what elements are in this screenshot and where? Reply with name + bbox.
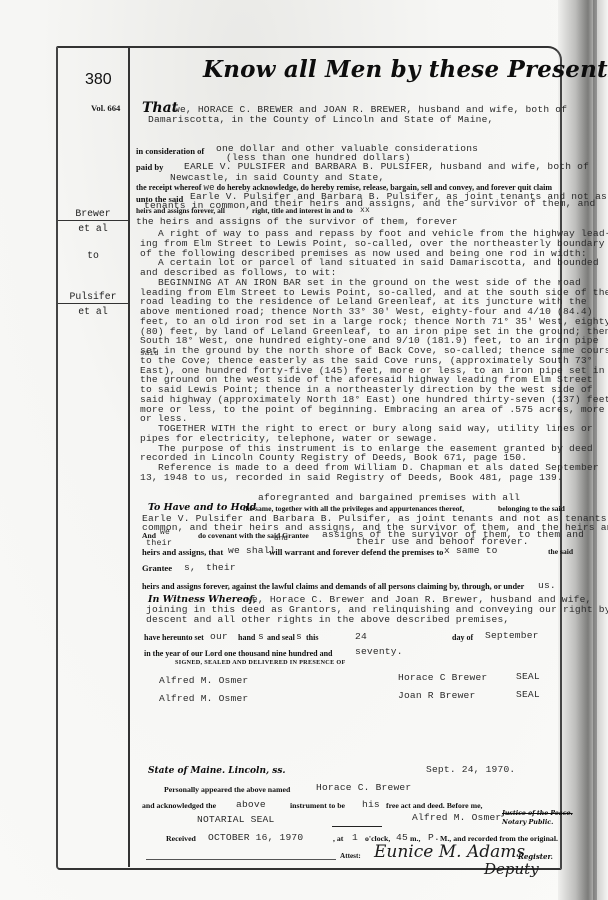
volume-label: Vol. 664 xyxy=(91,103,120,113)
attest-signature: Eunice M. Adams xyxy=(374,842,525,862)
grantees-s: s, xyxy=(184,562,196,573)
our-typed: our xyxy=(210,631,228,642)
recording-rule xyxy=(146,859,336,860)
year-printed: in the year of our Lord one thousand nin… xyxy=(144,649,333,658)
heirs-assigns-printed: heirs and assigns, that xyxy=(142,547,223,557)
right-title-strike: xx xyxy=(360,206,370,215)
covenant-printed: do covenant with the said Grantee xyxy=(198,531,309,540)
separator-rule xyxy=(332,826,382,827)
received-printed: Received xyxy=(166,834,196,843)
and-typed: and xyxy=(274,535,288,543)
day-of-printed: day of xyxy=(452,633,473,642)
his-typed: his xyxy=(362,799,380,810)
habendum-belonging: belonging to the said xyxy=(498,504,565,513)
seal-label: SEAL xyxy=(516,689,540,700)
hands-printed: hand xyxy=(238,633,255,642)
same-to: x same to xyxy=(444,545,498,556)
margin-grantee: Pulsifer xyxy=(58,291,128,302)
heirs-line: the heirs and assigns of the survivor of… xyxy=(136,216,458,227)
margin-rule xyxy=(58,303,128,304)
received-date: OCTOBER 16, 1970 xyxy=(208,832,303,843)
signed-printed: Signed, Sealed and Delivered in presence… xyxy=(175,659,346,666)
their2: their xyxy=(206,562,236,573)
we-typed: we xyxy=(160,528,170,537)
signer-name: Joan R Brewer xyxy=(398,690,475,701)
free-act-printed: free act and deed. Before me, xyxy=(386,801,483,810)
habendum-typed-above: aforegranted and bargained premises with… xyxy=(258,492,520,503)
signer-name: Horace C Brewer xyxy=(398,672,487,683)
warrant-printed: will warrant and forever defend the prem… xyxy=(269,547,443,557)
attest-printed: Attest: xyxy=(340,852,361,860)
year-typed: seventy. xyxy=(355,646,403,657)
behoof-line: their use and behoof forever. xyxy=(356,536,529,547)
margin-to: to xyxy=(58,250,128,261)
margin-column-divider xyxy=(128,47,130,867)
seal-printed: and seal xyxy=(267,633,295,642)
witness-name: Alfred M. Osmer xyxy=(159,675,248,686)
day-value: 24 xyxy=(355,631,367,642)
at-printed: , at xyxy=(333,834,343,843)
hands-s: s xyxy=(258,631,264,642)
margin-grantee-etal: et al xyxy=(58,306,128,317)
page-number: 380 xyxy=(85,71,112,89)
description-line: more or less, to the point of beginning.… xyxy=(140,404,605,415)
hereunto-printed: have hereunto set xyxy=(144,633,204,642)
hour-value: 1 xyxy=(352,832,358,843)
month-value: September xyxy=(485,630,539,641)
notary-name: Alfred M. Osmer xyxy=(412,812,501,823)
this-printed: this xyxy=(306,633,318,642)
margin-grantor-etal: et al xyxy=(58,223,128,234)
grantees-label: Grantee xyxy=(142,563,172,573)
margin-rule xyxy=(58,220,128,221)
consideration-label: in consideration of xyxy=(136,146,204,156)
the-said: the said xyxy=(548,547,573,556)
grantors-line: Damariscotta, in the County of Lincoln a… xyxy=(148,114,494,125)
us-typed: us. xyxy=(538,580,556,591)
state-label: State of Maine. Lincoln, ss. xyxy=(148,766,286,776)
page-title: Know all Men by these Presents, xyxy=(203,56,608,83)
ack-date: Sept. 24, 1970. xyxy=(426,764,515,775)
description-line: 13, 1948 to us, recorded in said Registr… xyxy=(140,472,563,483)
witness-line: descent and all other rights in the abov… xyxy=(146,614,509,625)
claims-printed: heirs and assigns forever, against the l… xyxy=(142,582,524,591)
insert-said: said xyxy=(140,350,159,358)
habendum-printed: the same, together with all the privileg… xyxy=(243,504,464,513)
instrument-printed: instrument to be xyxy=(290,801,345,810)
heirs-printed: heirs and assigns forever, all xyxy=(136,206,225,215)
paid-by-line: Newcastle, in said County and State, xyxy=(170,172,384,183)
habendum-label: To Have and to Hold xyxy=(148,502,256,513)
notarial-seal: NOTARIAL SEAL xyxy=(197,814,274,825)
margin-grantor: Brewer xyxy=(58,208,128,219)
appeared-name: Horace C. Brewer xyxy=(316,782,411,793)
deputy-signature: Deputy xyxy=(484,860,539,878)
justice-printed: Justice of the Peace. xyxy=(502,810,573,817)
witness-name: Alfred M. Osmer xyxy=(159,693,248,704)
paid-by-line: EARLE V. PULSIFER and BARBARA B. PULSIFE… xyxy=(184,161,589,172)
above-typed: above xyxy=(236,799,266,810)
seal-s: s xyxy=(296,631,302,642)
right-title-printed: right, title and interest in and to xyxy=(252,206,353,215)
appeared-printed: Personally appeared the above named xyxy=(164,785,290,794)
notary-printed: Notary Public. xyxy=(502,818,553,826)
page-edge xyxy=(593,0,597,900)
seal-label: SEAL xyxy=(516,671,540,682)
paid-by-label: paid by xyxy=(136,162,163,172)
acknowledged-printed: and acknowledged the xyxy=(142,801,216,810)
